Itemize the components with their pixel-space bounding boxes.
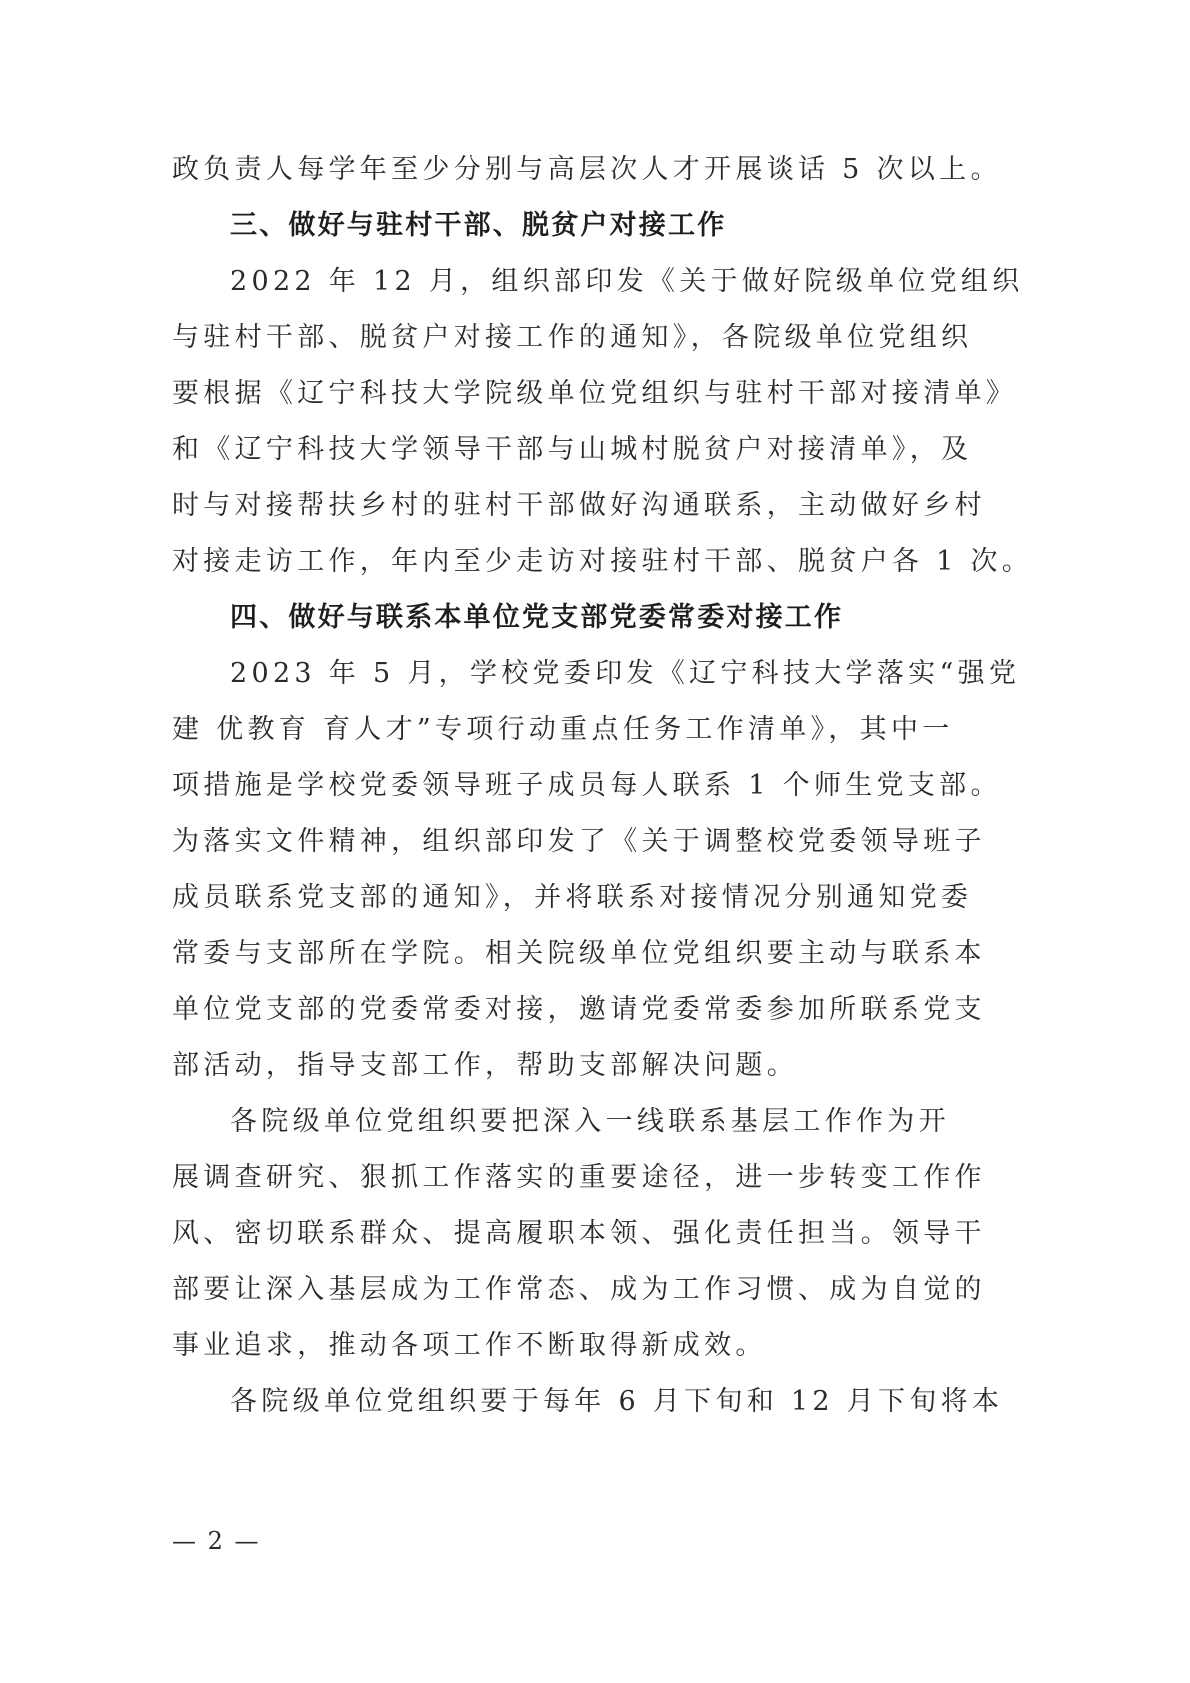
section-heading-4: 四、做好与联系本单位党支部党委常委对接工作 [230,598,843,638]
paragraph-line: 对接走访工作，年内至少走访对接驻村干部、脱贫户各 1 次。 [172,542,944,582]
paragraph-line: 部要让深入基层成为工作常态、成为工作习惯、成为自觉的 [172,1270,944,1310]
paragraph-line: 2023 年 5 月，学校党委印发《辽宁科技大学落实“强党 [230,654,944,694]
paragraph-line: 2022 年 12 月，组织部印发《关于做好院级单位党组织 [230,262,944,302]
paragraph-line: 与驻村干部、脱贫户对接工作的通知》，各院级单位党组织 [172,318,944,358]
paragraph-line: 单位党支部的党委常委对接，邀请党委常委参加所联系党支 [172,990,944,1030]
paragraph-line: 项措施是学校党委领导班子成员每人联系 1 个师生党支部。 [172,766,944,806]
paragraph-line: 各院级单位党组织要于每年 6 月下旬和 12 月下旬将本 [230,1382,944,1422]
paragraph-line: 时与对接帮扶乡村的驻村干部做好沟通联系，主动做好乡村 [172,486,944,526]
paragraph-line: 事业追求，推动各项工作不断取得新成效。 [172,1326,944,1366]
paragraph-line: 政负责人每学年至少分别与高层次人才开展谈话 5 次以上。 [172,150,944,190]
paragraph-line: 和《辽宁科技大学领导干部与山城村脱贫户对接清单》，及 [172,430,944,470]
document-page: 政负责人每学年至少分别与高层次人才开展谈话 5 次以上。 三、做好与驻村干部、脱… [0,0,1190,1683]
paragraph-line: 风、密切联系群众、提高履职本领、强化责任担当。领导干 [172,1214,944,1254]
paragraph-line: 成员联系党支部的通知》，并将联系对接情况分别通知党委 [172,878,944,918]
paragraph-line: 部活动，指导支部工作，帮助支部解决问题。 [172,1046,944,1086]
page-number: — 2 — [172,1526,261,1556]
paragraph-line: 展调查研究、狠抓工作落实的重要途径，进一步转变工作作 [172,1158,944,1198]
paragraph-line: 建 优教育 育人才”专项行动重点任务工作清单》，其中一 [172,710,944,750]
paragraph-line: 要根据《辽宁科技大学院级单位党组织与驻村干部对接清单》 [172,374,944,414]
paragraph-line: 为落实文件精神，组织部印发了《关于调整校党委领导班子 [172,822,944,862]
section-heading-3: 三、做好与驻村干部、脱贫户对接工作 [230,206,726,246]
paragraph-line: 常委与支部所在学院。相关院级单位党组织要主动与联系本 [172,934,944,974]
paragraph-line: 各院级单位党组织要把深入一线联系基层工作作为开 [230,1102,944,1142]
